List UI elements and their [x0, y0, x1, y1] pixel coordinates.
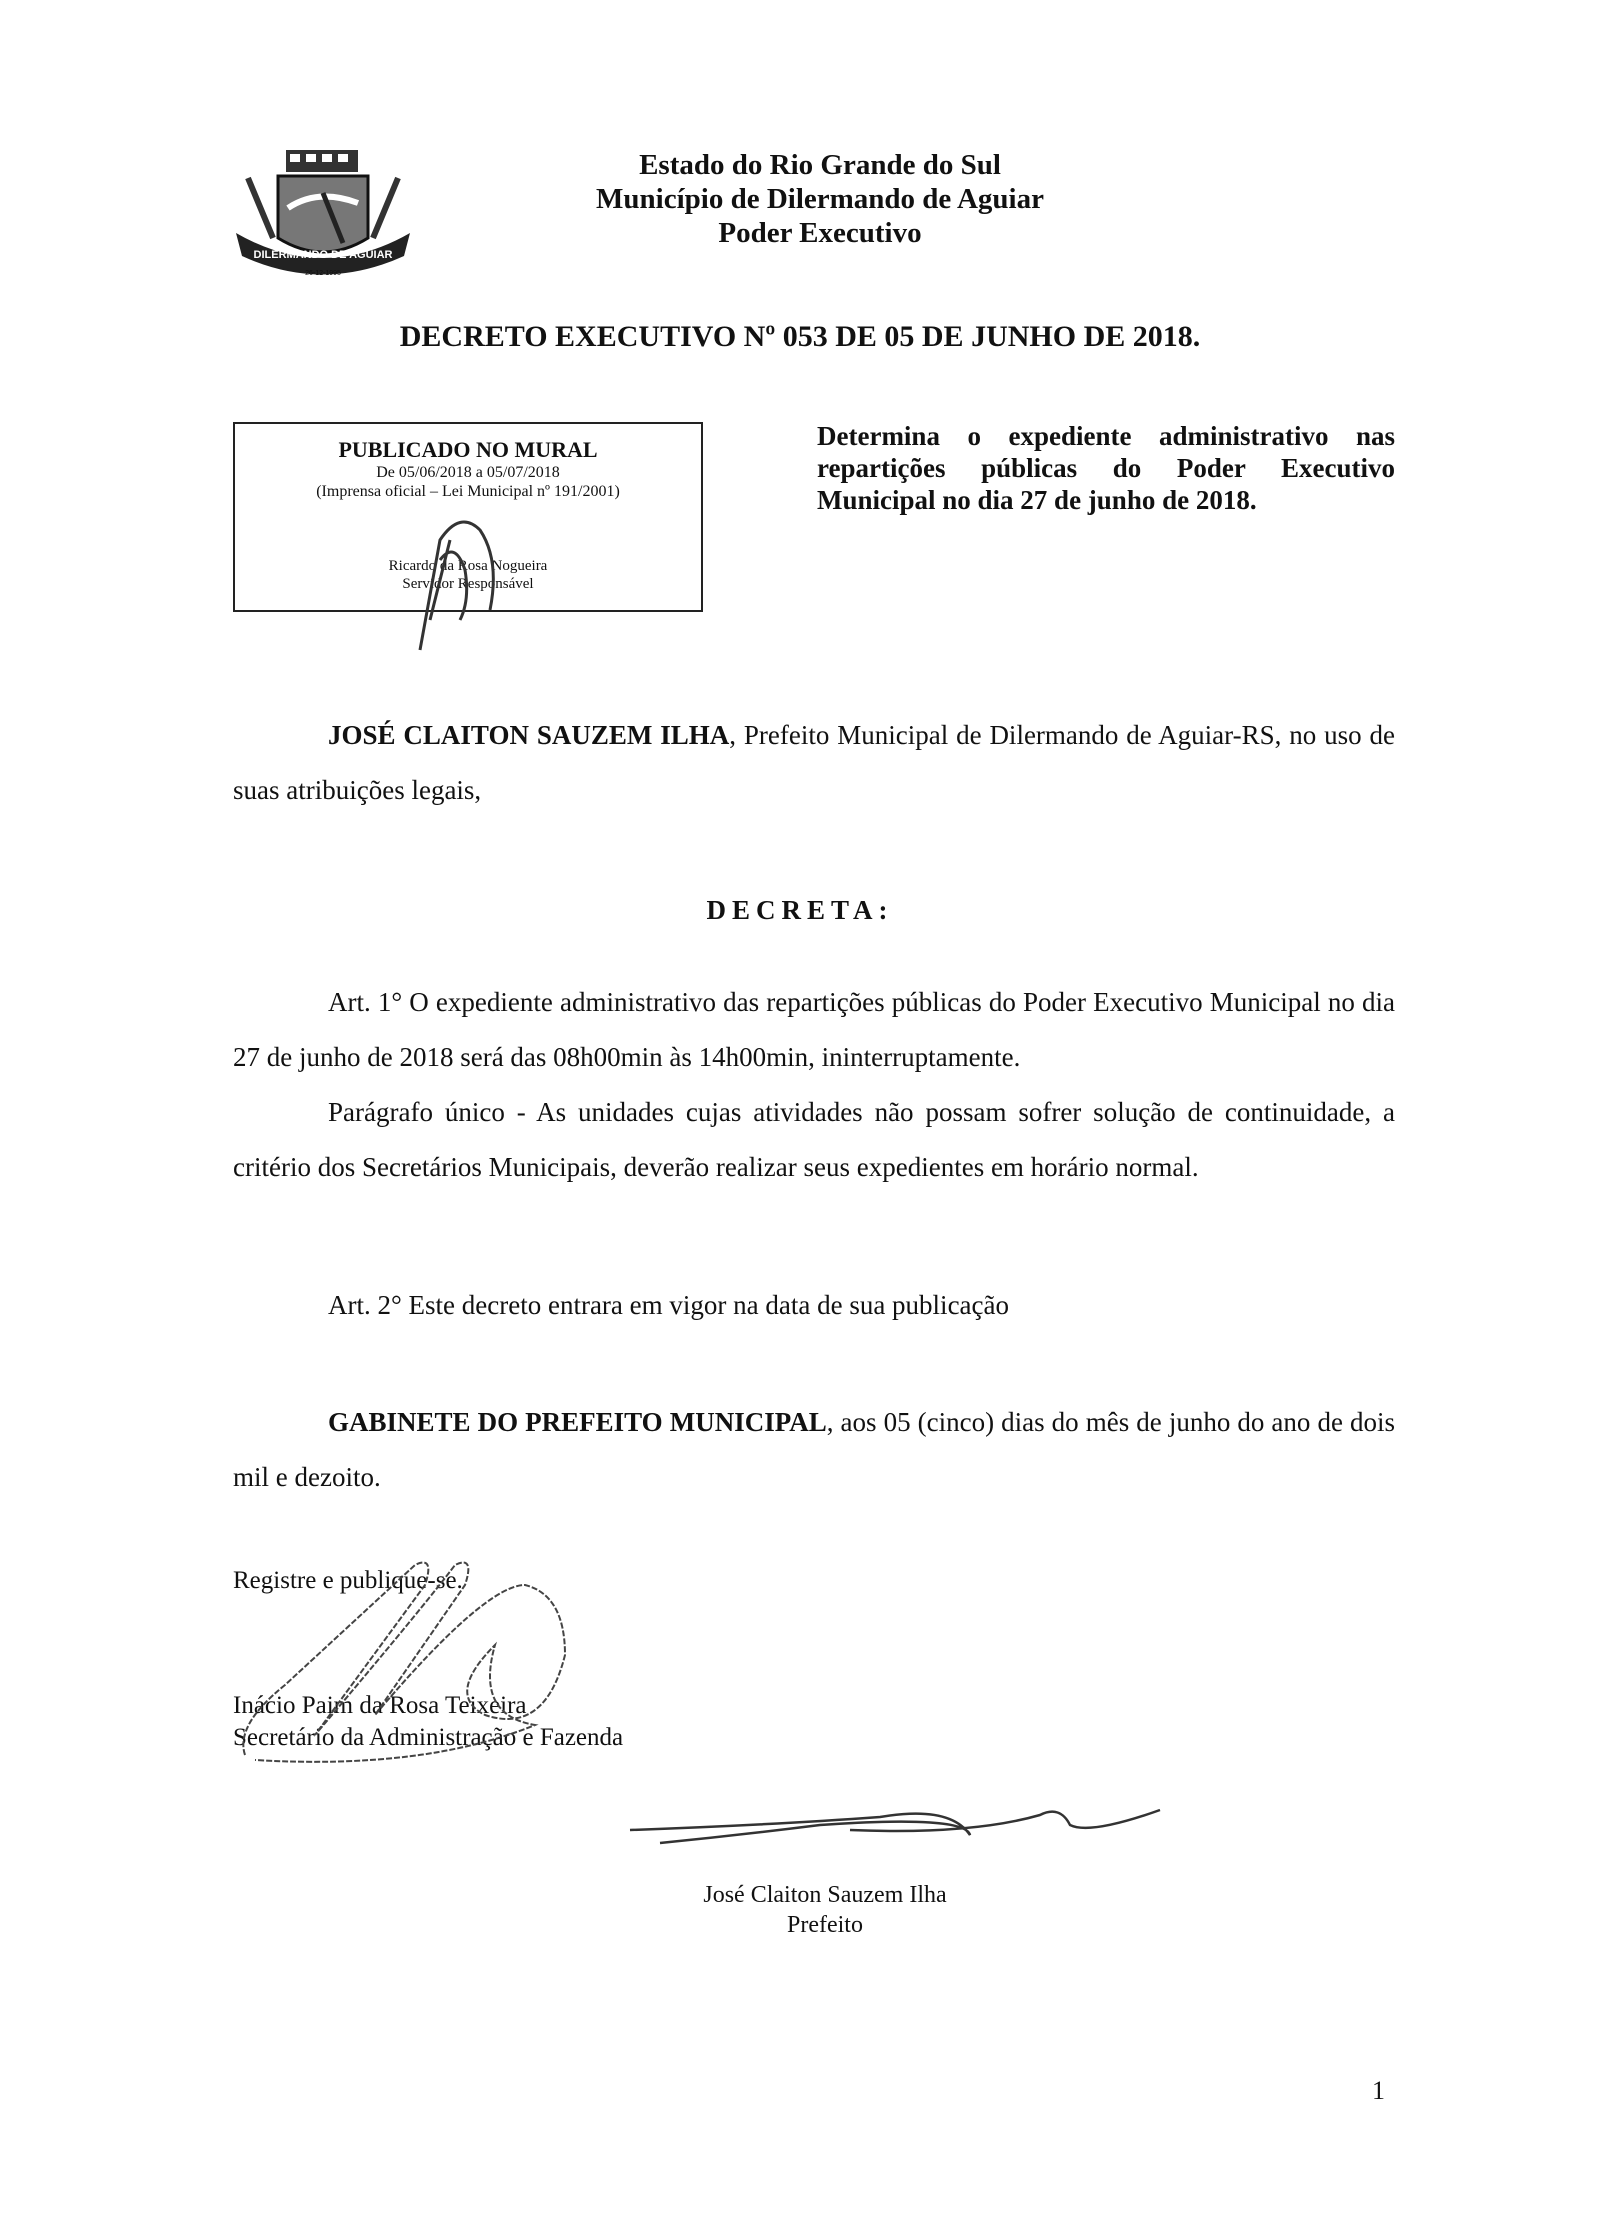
decree-summary: Determina o expediente administrativo na…	[817, 420, 1395, 516]
mayor-name: José Claiton Sauzem Ilha	[600, 1880, 1050, 1910]
closing-bold: GABINETE DO PREFEITO MUNICIPAL	[328, 1407, 827, 1437]
svg-text:DILERMANDO DE AGUIAR: DILERMANDO DE AGUIAR	[254, 249, 393, 261]
document-header: Estado do Rio Grande do Sul Município de…	[520, 148, 1120, 250]
header-municipality: Município de Dilermando de Aguiar	[520, 182, 1120, 216]
mayor-signature-block: José Claiton Sauzem Ilha Prefeito	[600, 1880, 1050, 1940]
paragrafo-unico: Parágrafo único - As unidades cujas ativ…	[233, 1085, 1395, 1195]
page-number: 1	[1372, 2076, 1385, 2106]
municipal-crest-icon: DILERMANDO DE AGUIAR 26-12-1995	[228, 148, 418, 278]
published-stamp-box: PUBLICADO NO MURAL De 05/06/2018 a 05/07…	[233, 422, 703, 612]
article-2: Art. 2° Este decreto entrara em vigor na…	[233, 1278, 1395, 1333]
mayor-name-bold: JOSÉ CLAITON SAUZEM ILHA	[328, 720, 729, 750]
published-signer-name: Ricardo da Rosa Nogueira	[235, 557, 701, 575]
mayor-signature-icon	[620, 1795, 1180, 1855]
published-period: De 05/06/2018 a 05/07/2018	[235, 463, 701, 482]
header-state: Estado do Rio Grande do Sul	[520, 148, 1120, 182]
published-signer-role: Servidor Responsável	[235, 575, 701, 593]
register-line: Registre e publique-se.	[233, 1565, 463, 1597]
secretary-signature-block: Inácio Paim da Rosa Teixeira Secretário …	[233, 1690, 623, 1754]
header-branch: Poder Executivo	[520, 216, 1120, 250]
secretary-name: Inácio Paim da Rosa Teixeira	[233, 1690, 623, 1722]
svg-text:26-12-1995: 26-12-1995	[305, 270, 341, 277]
published-law: (Imprensa oficial – Lei Municipal nº 191…	[235, 482, 701, 501]
mayor-role: Prefeito	[600, 1910, 1050, 1940]
decree-title: DECRETO EXECUTIVO Nº 053 DE 05 DE JUNHO …	[0, 320, 1600, 354]
decreta-heading: DECRETA:	[0, 895, 1600, 926]
secretary-role: Secretário da Administração e Fazenda	[233, 1722, 623, 1754]
article-1: Art. 1° O expediente administrativo das …	[233, 975, 1395, 1085]
closing-statement: GABINETE DO PREFEITO MUNICIPAL, aos 05 (…	[233, 1395, 1395, 1505]
published-title: PUBLICADO NO MURAL	[235, 437, 701, 463]
preamble: JOSÉ CLAITON SAUZEM ILHA, Prefeito Munic…	[233, 708, 1395, 818]
